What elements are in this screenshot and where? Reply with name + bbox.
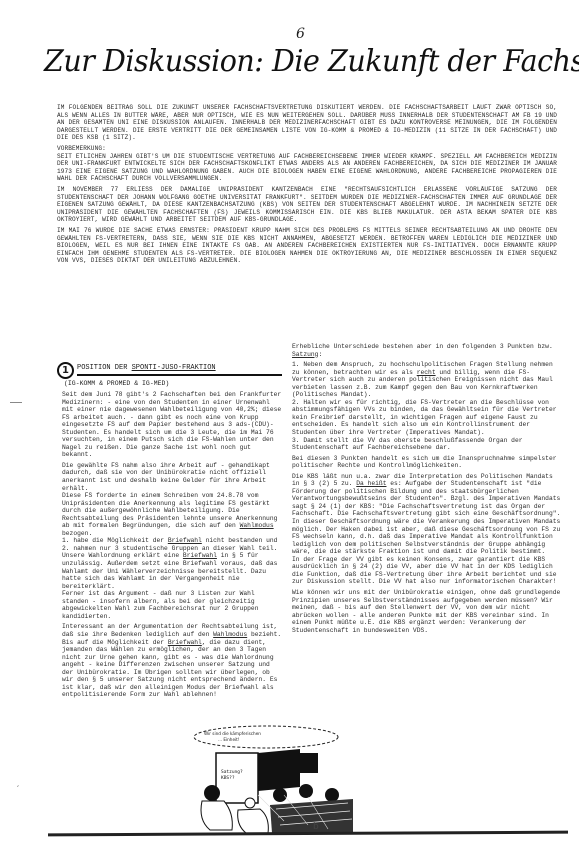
- margin-mark: ′: [17, 785, 19, 795]
- body-paragraph: Ferner ist das Argument - daß nur 3 List…: [62, 590, 284, 620]
- left-column: Seit dem Juni 78 gibt's 2 Fachschaften b…: [62, 391, 284, 702]
- body-paragraph: Wie können wir uns mit der Unibürokratie…: [292, 589, 564, 634]
- margin-mark: [10, 402, 22, 403]
- body-paragraph: Interessant an der Argumentation der Rec…: [62, 623, 284, 698]
- body-paragraph: In der Frage der VV gibt es keinen Konse…: [292, 556, 564, 586]
- svg-text:KBS??: KBS??: [221, 775, 235, 781]
- body-paragraph: Diese FS forderte in einem Schreiben vom…: [62, 492, 284, 537]
- section-title-faction: Sponti-Juso-Fraktion: [132, 364, 216, 372]
- section-subtitle: (IG-Komm & ProMed & IG-Med): [64, 380, 169, 387]
- speech-bubble-icon: [194, 726, 338, 748]
- bottom-rule: [48, 831, 568, 837]
- footer-mark: b: [313, 822, 319, 832]
- body-paragraph: Seit dem Juni 78 gibt's 2 Fachschaften b…: [62, 391, 284, 459]
- intro-text: Im folgenden Beitrag soll die Zukunft un…: [57, 104, 557, 268]
- intro-paragraph: Im folgenden Beitrag soll die Zukunft un…: [57, 104, 557, 142]
- body-paragraph: 2. Halten wir es für richtig, die FS-Ver…: [292, 399, 564, 437]
- page-title: Zur Diskussion: Die Zukunft der Fachscha…: [44, 44, 557, 79]
- cartoon-illustration: Wir sind die kämpferischen ... Einheit! …: [188, 725, 353, 835]
- body-paragraph: Erhebliche Unterschiede bestehen aber in…: [292, 343, 564, 358]
- body-paragraph: Bei diesen 3 Punkten handelt es sich um …: [292, 455, 564, 470]
- body-paragraph: 3. Damit stellt die VV das oberste besch…: [292, 437, 564, 452]
- intro-paragraph: Seit etlichen Jahren gibt's um die stude…: [57, 153, 557, 183]
- intro-paragraph: Im November 77 erließ der damalige Unipr…: [57, 186, 557, 224]
- sign-text: Satzung?: [221, 769, 243, 775]
- body-paragraph: Unsere Wahlordnung erklärt eine Briefwah…: [62, 552, 284, 590]
- body-paragraph: 1. habe die Möglichkeit der Briefwahl ni…: [62, 537, 284, 552]
- page-number: 6: [296, 26, 305, 42]
- section-title: Position der Sponti-Juso-Fraktion: [77, 364, 216, 372]
- svg-text:... Einheit!: ... Einheit!: [218, 737, 240, 742]
- intro-subheading: Vorbemerkung:: [57, 145, 557, 153]
- section-title-prefix: Position der: [77, 364, 132, 372]
- body-paragraph: 1. Neben dem Anspruch, zu hochschulpolit…: [292, 361, 564, 399]
- right-column: Erhebliche Unterschiede bestehen aber in…: [292, 343, 564, 637]
- speech-bubble-text: Wir sind die kämpferischen: [204, 731, 261, 736]
- intro-paragraph: Im Mai 76 wurde die Sache etwas ernster:…: [57, 227, 557, 265]
- section-number-badge: 1: [57, 362, 74, 379]
- dark-sign-icon: [258, 749, 300, 791]
- section-heading: 1 Position der Sponti-Juso-Fraktion: [57, 362, 282, 380]
- body-paragraph: Die gewählte FS nahm also ihre Arbeit au…: [62, 462, 284, 492]
- body-paragraph: Die KBS läßt nun u.a. zwar die Interpret…: [292, 473, 564, 556]
- section-rule: [77, 374, 282, 376]
